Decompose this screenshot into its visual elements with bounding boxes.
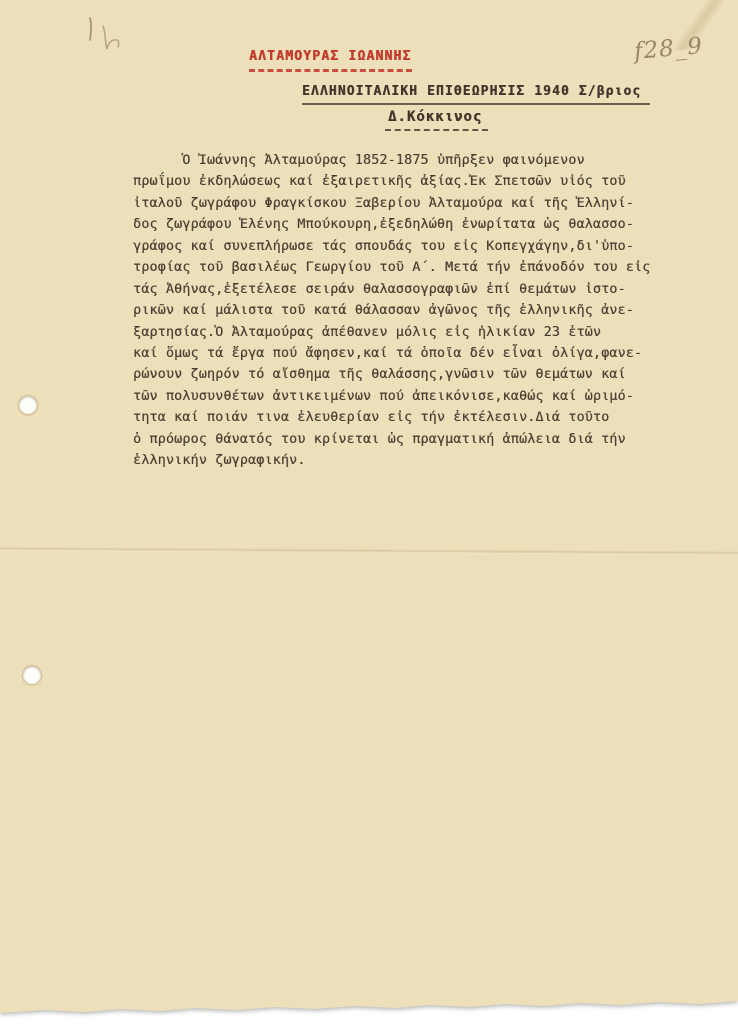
paper-sheet: f28_9 ΑΛΤΑΜΟΥΡΑΣ ΙΩΑΝΝΗΣ ΕΛΛΗΝΟΙΤΑΛΙΚΗ Ε… [0, 0, 738, 1018]
typed-line: πρωΐμου ἐκδηλώσεως καί ἐξαιρετικῆς ἀξίας… [133, 171, 645, 192]
folio-annotation: f28_9 [633, 33, 704, 65]
fold-crease [0, 547, 738, 556]
byline-author: Δ.Κόκκινος [388, 109, 482, 125]
typed-line: καί ὅμως τά ἔργα πού ἄφησεν,καί τά ὁποῖα… [133, 343, 645, 364]
typed-line: τροφίας τοῦ βασιλέως Γεωργίου τοῦ Α΄. Με… [133, 257, 645, 278]
typed-line: δος ζωγράφου Ἑλένης Μπούκουρη,ἐξεδηλώθη … [133, 214, 645, 235]
typed-line: γράφος καί συνεπλήρωσε τάς σπουδάς του ε… [133, 236, 645, 257]
typed-line: ὁ πρόωρος θάνατός του κρίνεται ὡς πραγμα… [133, 429, 645, 450]
author-title: ΑΛΤΑΜΟΥΡΑΣ ΙΩΑΝΝΗΣ [249, 49, 411, 64]
typed-line: ρικῶν καί μάλιστα τοῦ κατά θάλασσαν ἀγῶν… [133, 300, 645, 321]
typed-paragraph: Ὁ Ἰωάννης Ἀλταμούρας 1852-1875 ὑπῆρξεν φ… [133, 150, 645, 472]
typed-line: τητα καί ποιάν τινα ἐλευθερίαν εἰς τήν ἐ… [133, 407, 645, 428]
author-title-underline [249, 69, 412, 72]
typed-line: Ὁ Ἰωάννης Ἀλταμούρας 1852-1875 ὑπῆρξεν φ… [133, 150, 645, 171]
typed-line: τάς Ἀθήνας,ἐξετέλεσε σειράν θαλασσογραφι… [133, 279, 645, 300]
typed-line: ξαρτησίας.Ὁ Ἀλταμούρας ἀπέθανεν μόλις εἰ… [133, 322, 645, 343]
pencil-scribble [68, 6, 138, 70]
typed-line: ρώνουν ζωηρόν τό αἴσθημα τῆς θαλάσσης,γν… [133, 364, 645, 385]
typed-line: ἑλληνικήν ζωγραφικήν. [133, 450, 645, 471]
journal-title: ΕΛΛΗΝΟΙΤΑΛΙΚΗ ΕΠΙΘΕΩΡΗΣΙΣ 1940 Σ/βριος [302, 84, 641, 99]
typed-line: ἰταλοῦ ζωγράφου Φραγκίσκου Ξαβερίου Ἀλτα… [133, 193, 645, 214]
byline-underline [385, 129, 488, 131]
scanned-page-wrapper: f28_9 ΑΛΤΑΜΟΥΡΑΣ ΙΩΑΝΝΗΣ ΕΛΛΗΝΟΙΤΑΛΙΚΗ Ε… [0, 0, 738, 1024]
journal-title-underline [302, 103, 650, 105]
typed-line: τῶν πολυσυνθέτων ἀντικειμένων πού ἀπεικό… [133, 386, 645, 407]
punch-hole-top [19, 396, 37, 414]
punch-hole-bottom [23, 666, 41, 684]
